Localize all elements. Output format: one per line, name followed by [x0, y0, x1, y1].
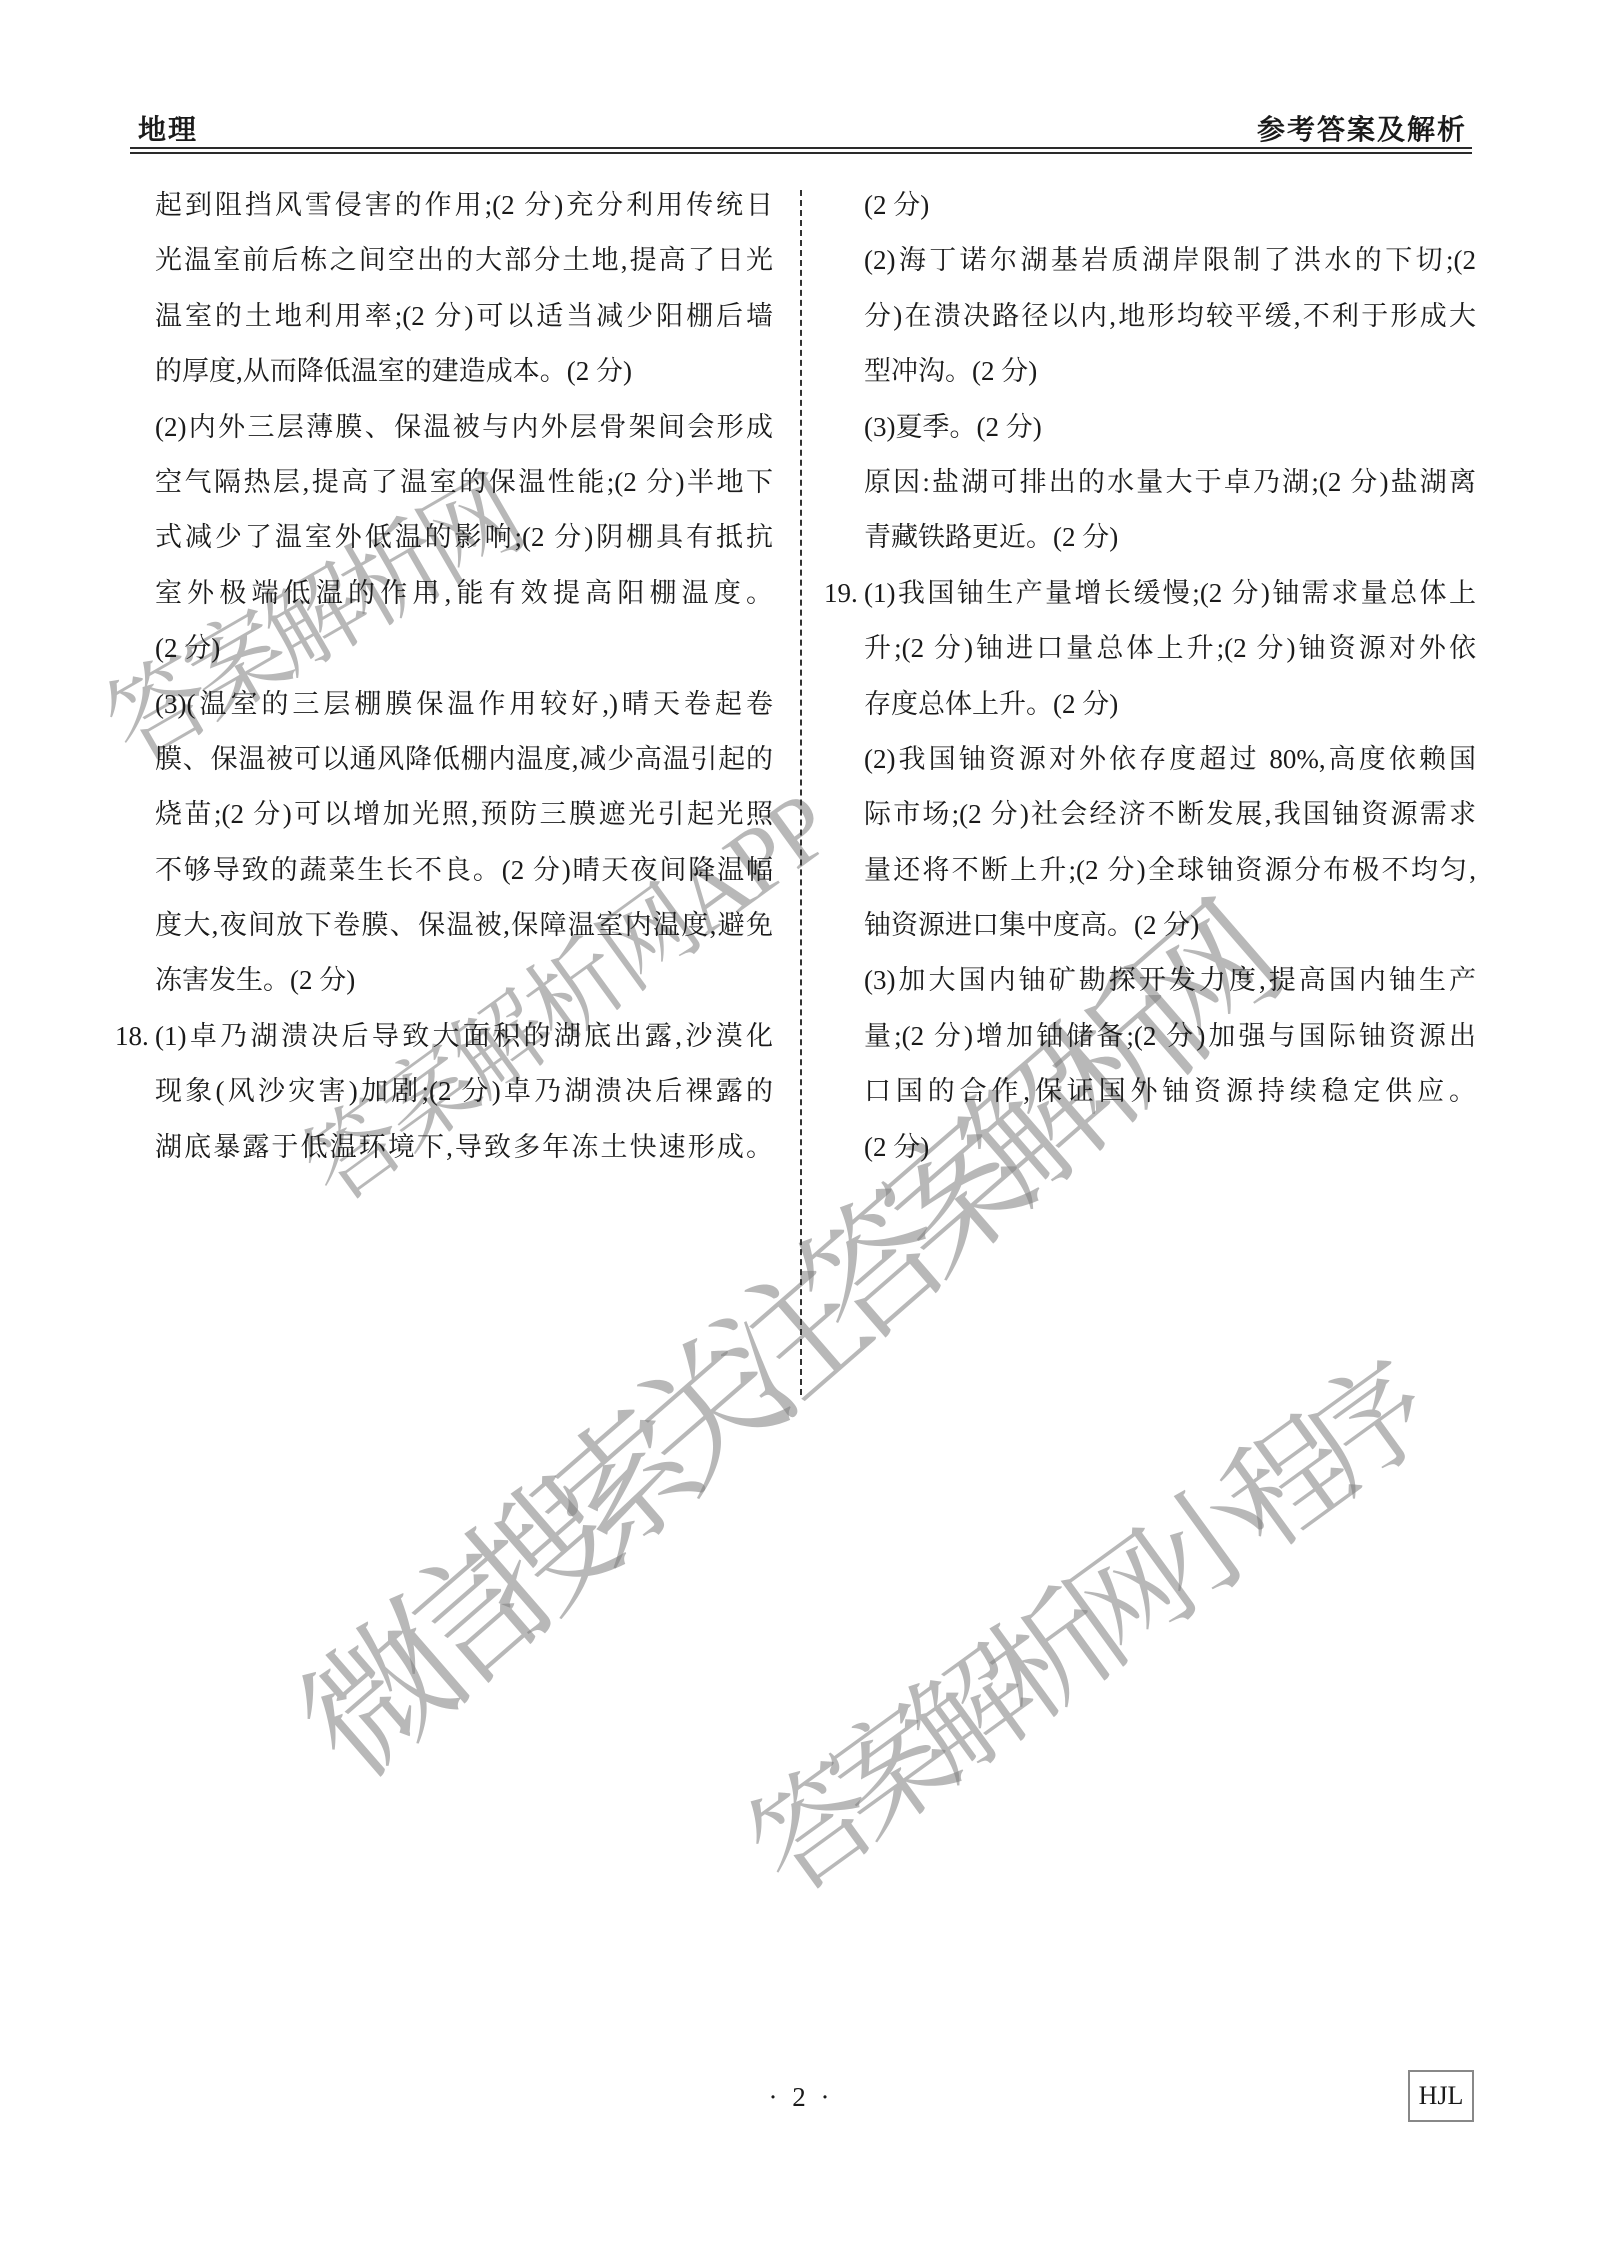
- exam-code-box: HJL: [1408, 2070, 1474, 2122]
- answer-text-line: 空气隔热层,提高了温室的保温性能;(2 分)半地下: [155, 455, 773, 510]
- left-column: 起到阻挡风雪侵害的作用;(2 分)充分利用传统日光温室前后栋之间空出的大部分土地…: [155, 178, 773, 1175]
- answer-text-line: 铀资源进口集中度高。(2 分): [864, 898, 1476, 953]
- answer-text-line: 室外极端低温的作用,能有效提高阳棚温度。: [155, 566, 773, 621]
- question-number: 19.: [824, 566, 858, 621]
- right-column: (2 分)(2)海丁诺尔湖基岩质湖岸限制了洪水的下切;(2分)在溃决路径以内,地…: [864, 178, 1476, 1175]
- column-divider-dashed: [800, 190, 802, 1395]
- answer-text-line: 光温室前后栋之间空出的大部分土地,提高了日光: [155, 233, 773, 288]
- answer-text-line: 度大,夜间放下卷膜、保温被,保障温室内温度,避免: [155, 898, 773, 953]
- answer-text-line: 式减少了温室外低温的影响;(2 分)阴棚具有抵抗: [155, 510, 773, 565]
- page-title: 参考答案及解析: [1257, 108, 1467, 148]
- answer-text-line: (2)内外三层薄膜、保温被与内外层骨架间会形成: [155, 400, 773, 455]
- answer-text-line: 现象(风沙灾害)加剧;(2 分)卓乃湖溃决后裸露的: [155, 1064, 773, 1119]
- answer-text-line: (2)我国铀资源对外依存度超过 80%,高度依赖国: [864, 732, 1476, 787]
- header-double-rule: [130, 147, 1472, 154]
- answer-text-line: (3)(温室的三层棚膜保温作用较好,)晴天卷起卷: [155, 677, 773, 732]
- answer-text-line: 起到阻挡风雪侵害的作用;(2 分)充分利用传统日: [155, 178, 773, 233]
- answer-text-line: (3)夏季。(2 分): [864, 400, 1476, 455]
- answer-text-line: 分)在溃决路径以内,地形均较平缓,不利于形成大: [864, 289, 1476, 344]
- answer-text-line: 存度总体上升。(2 分): [864, 677, 1476, 732]
- answer-text-line: (1)我国铀生产量增长缓慢;(2 分)铀需求量总体上19.: [864, 566, 1476, 621]
- answer-text-line: (2 分): [864, 1120, 1476, 1175]
- answer-text-line: 型冲沟。(2 分): [864, 344, 1476, 399]
- answer-text-line: 烧苗;(2 分)可以增加光照,预防三膜遮光引起光照: [155, 787, 773, 842]
- answer-text-line: 的厚度,从而降低温室的建造成本。(2 分): [155, 344, 773, 399]
- answer-text-line: 冻害发生。(2 分): [155, 953, 773, 1008]
- answer-text-line: 量;(2 分)增加铀储备;(2 分)加强与国际铀资源出: [864, 1009, 1476, 1064]
- answer-text-line: (2 分): [155, 621, 773, 676]
- answer-text-line: 原因:盐湖可排出的水量大于卓乃湖;(2 分)盐湖离: [864, 455, 1476, 510]
- answer-text-line: 口国的合作,保证国外铀资源持续稳定供应。: [864, 1064, 1476, 1119]
- answer-text-line: (1)卓乃湖溃决后导致大面积的湖底出露,沙漠化18.: [155, 1009, 773, 1064]
- answer-text-line: 升;(2 分)铀进口量总体上升;(2 分)铀资源对外依: [864, 621, 1476, 676]
- document-page: 答案解析网 答案解析网APP 微信搜索关注答案解析网 答案解析网小程序 地理 参…: [0, 0, 1602, 2252]
- answer-text-line: 青藏铁路更近。(2 分): [864, 510, 1476, 565]
- answer-text-line: 量还将不断上升;(2 分)全球铀资源分布极不均匀,: [864, 843, 1476, 898]
- page-number: · 2 ·: [741, 2082, 861, 2113]
- answer-text-line: 不够导致的蔬菜生长不良。(2 分)晴天夜间降温幅: [155, 843, 773, 898]
- subject-label: 地理: [138, 108, 198, 148]
- answer-text-line: (2 分): [864, 178, 1476, 233]
- answer-text-line: 膜、保温被可以通风降低棚内温度,减少高温引起的: [155, 732, 773, 787]
- answer-text-line: 温室的土地利用率;(2 分)可以适当减少阳棚后墙: [155, 289, 773, 344]
- answer-text-line: (2)海丁诺尔湖基岩质湖岸限制了洪水的下切;(2: [864, 233, 1476, 288]
- watermark-text: 答案解析网小程序: [709, 1326, 1444, 1926]
- question-number: 18.: [115, 1009, 149, 1064]
- answer-text-line: 际市场;(2 分)社会经济不断发展,我国铀资源需求: [864, 787, 1476, 842]
- answer-text-line: (3)加大国内铀矿勘探开发力度,提高国内铀生产: [864, 953, 1476, 1008]
- answer-text-line: 湖底暴露于低温环境下,导致多年冻土快速形成。: [155, 1120, 773, 1175]
